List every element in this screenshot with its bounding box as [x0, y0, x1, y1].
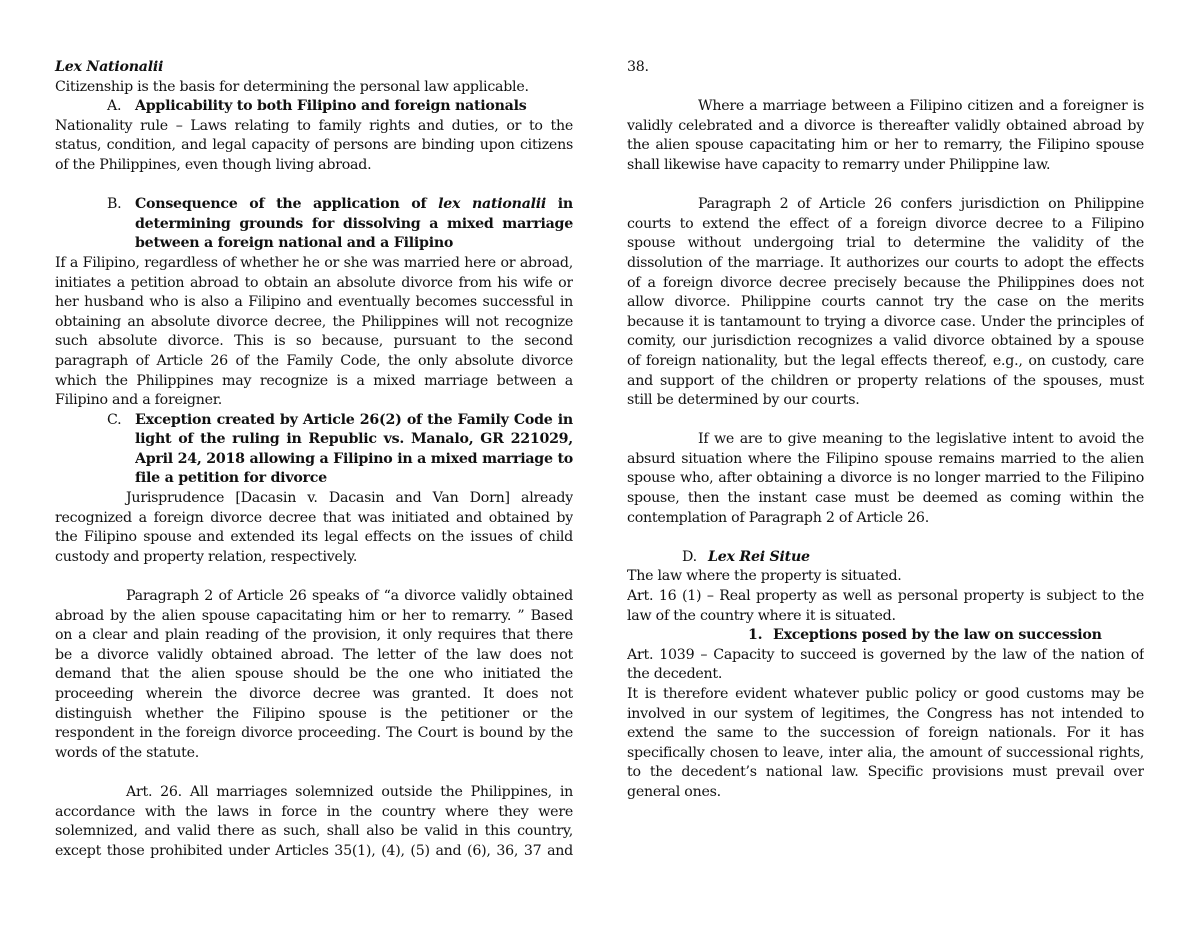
- section-d-title: Lex Rei Situe: [708, 548, 1144, 568]
- body-line: accordance with the laws in force in the…: [55, 803, 573, 823]
- body-line: spouse, then the instant case must be de…: [627, 489, 1144, 509]
- body-line: general ones.: [627, 783, 1144, 803]
- section-c-title-line: April 24, 2018 allowing a Filipino in a …: [135, 450, 573, 470]
- body-line: Paragraph 2 of Article 26 confers jurisd…: [627, 195, 1144, 215]
- body-line: the alien spouse capacitating him or her…: [627, 136, 1144, 156]
- body-line: be a divorce validly obtained abroad. Th…: [55, 646, 573, 666]
- body-line: initiates a petition abroad to obtain an…: [55, 274, 573, 294]
- body-line: comity, our jurisdiction recognizes a va…: [627, 332, 1144, 352]
- subsection-1-title: Exceptions posed by the law on successio…: [773, 626, 1144, 646]
- body-line: Art. 1039 – Capacity to succeed is gover…: [627, 646, 1144, 666]
- body-line: paragraph of Article 26 of the Family Co…: [55, 352, 573, 372]
- left-column: Lex Nationalii Citizenship is the basis …: [55, 58, 573, 861]
- body-line: of a foreign divorce decree precisely be…: [627, 274, 1144, 294]
- body-line: spouse without undergoing trial to deter…: [627, 234, 1144, 254]
- body-line: absurd situation where the Filipino spou…: [627, 450, 1144, 470]
- section-title: Lex Nationalii: [55, 58, 573, 78]
- body-line: extend the same to the succession of for…: [627, 724, 1144, 744]
- body-line: such absolute divorce. This is so becaus…: [55, 332, 573, 352]
- body-line: the decedent.: [627, 665, 1144, 685]
- body-line: shall likewise have capacity to remarry …: [627, 156, 1144, 176]
- body-line: involved in our system of legitimes, the…: [627, 705, 1144, 725]
- section-c-title-line: Exception created by Article 26(2) of th…: [135, 411, 573, 431]
- body-line: If we are to give meaning to the legisla…: [627, 430, 1144, 450]
- body-line: custody and property relation, respectiv…: [55, 548, 573, 568]
- section-b-heading: B. Consequence of the application of lex…: [55, 195, 573, 215]
- body-line: respondent in the foreign divorce procee…: [55, 724, 573, 744]
- body-line: to the decedent’s national law. Specific…: [627, 763, 1144, 783]
- section-a-heading: A. Applicability to both Filipino and fo…: [55, 97, 573, 117]
- body-line: status, condition, and legal capacity of…: [55, 136, 573, 156]
- body-line: dissolution of the marriage. It authoriz…: [627, 254, 1144, 274]
- body-line: the Filipino spouse and extended its leg…: [55, 528, 573, 548]
- body-line: law of the country where it is situated.: [627, 607, 1144, 627]
- section-b-title-line: Consequence of the application of lex na…: [135, 195, 573, 215]
- body-line: on a clear and plain reading of the prov…: [55, 626, 573, 646]
- body-line: Jurisprudence [Dacasin v. Dacasin and Va…: [55, 489, 573, 509]
- body-line: Filipino and a foreigner.: [55, 391, 573, 411]
- right-column: 38. Where a marriage between a Filipino …: [627, 58, 1144, 803]
- section-d-label: D.: [682, 548, 697, 568]
- body-line: and support of the children or property …: [627, 372, 1144, 392]
- section-a-title: Applicability to both Filipino and forei…: [135, 97, 573, 117]
- body-line: Art. 16 (1) – Real property as well as p…: [627, 587, 1144, 607]
- body-line: demand that the alien spouse should be t…: [55, 665, 573, 685]
- body-line: specifically chosen to leave, inter alia…: [627, 744, 1144, 764]
- body-line: The law where the property is situated.: [627, 567, 1144, 587]
- body-line: spouse who, after obtaining a divorce is…: [627, 469, 1144, 489]
- section-b-title-line: determining grounds for dissolving a mix…: [135, 215, 573, 235]
- body-line: still be determined by our courts.: [627, 391, 1144, 411]
- body-line: contemplation of Paragraph 2 of Article …: [627, 509, 1144, 529]
- section-c-heading: C. Exception created by Article 26(2) of…: [55, 411, 573, 431]
- section-c-title-line: file a petition for divorce: [135, 469, 573, 489]
- body-line: Art. 26. All marriages solemnized outsid…: [55, 783, 573, 803]
- section-b-title-line: between a foreign national and a Filipin…: [135, 234, 573, 254]
- section-c-label: C.: [107, 411, 121, 431]
- body-line: except those prohibited under Articles 3…: [55, 842, 573, 862]
- body-line: Where a marriage between a Filipino citi…: [627, 97, 1144, 117]
- body-line: validly celebrated and a divorce is ther…: [627, 117, 1144, 137]
- body-line: abroad by the alien spouse capacitating …: [55, 607, 573, 627]
- body-line: courts to extend the effect of a foreign…: [627, 215, 1144, 235]
- body-line: Paragraph 2 of Article 26 speaks of “a d…: [55, 587, 573, 607]
- body-line: recognized a foreign divorce decree that…: [55, 509, 573, 529]
- section-a-label: A.: [107, 97, 121, 117]
- body-line: It is therefore evident whatever public …: [627, 685, 1144, 705]
- continuation-text: 38.: [627, 58, 1144, 78]
- body-line: her husband who is also a Filipino and e…: [55, 293, 573, 313]
- section-d-heading: D. Lex Rei Situe: [627, 548, 1144, 568]
- body-line: which the Philippines may recognize is a…: [55, 372, 573, 392]
- body-line: of foreign nationality, but the legal ef…: [627, 352, 1144, 372]
- body-line: distinguish whether the Filipino spouse …: [55, 705, 573, 725]
- section-b-label: B.: [107, 195, 121, 215]
- body-line: words of the statute.: [55, 744, 573, 764]
- body-line: allow divorce. Philippine courts cannot …: [627, 293, 1144, 313]
- document-page: Lex Nationalii Citizenship is the basis …: [0, 0, 1200, 927]
- body-line: solemnized, and valid there as such, sha…: [55, 822, 573, 842]
- body-line: because it is tantamount to trying a div…: [627, 313, 1144, 333]
- body-line: of the Philippines, even though living a…: [55, 156, 573, 176]
- subsection-1-heading: 1. Exceptions posed by the law on succes…: [627, 626, 1144, 646]
- subsection-1-label: 1.: [748, 626, 762, 646]
- body-line: Nationality rule – Laws relating to fami…: [55, 117, 573, 137]
- body-line: proceeding wherein the divorce decree wa…: [55, 685, 573, 705]
- body-line: obtaining an absolute divorce decree, th…: [55, 313, 573, 333]
- intro-text: Citizenship is the basis for determining…: [55, 78, 573, 98]
- body-line: If a Filipino, regardless of whether he …: [55, 254, 573, 274]
- section-c-title-line: light of the ruling in Republic vs. Mana…: [135, 430, 573, 450]
